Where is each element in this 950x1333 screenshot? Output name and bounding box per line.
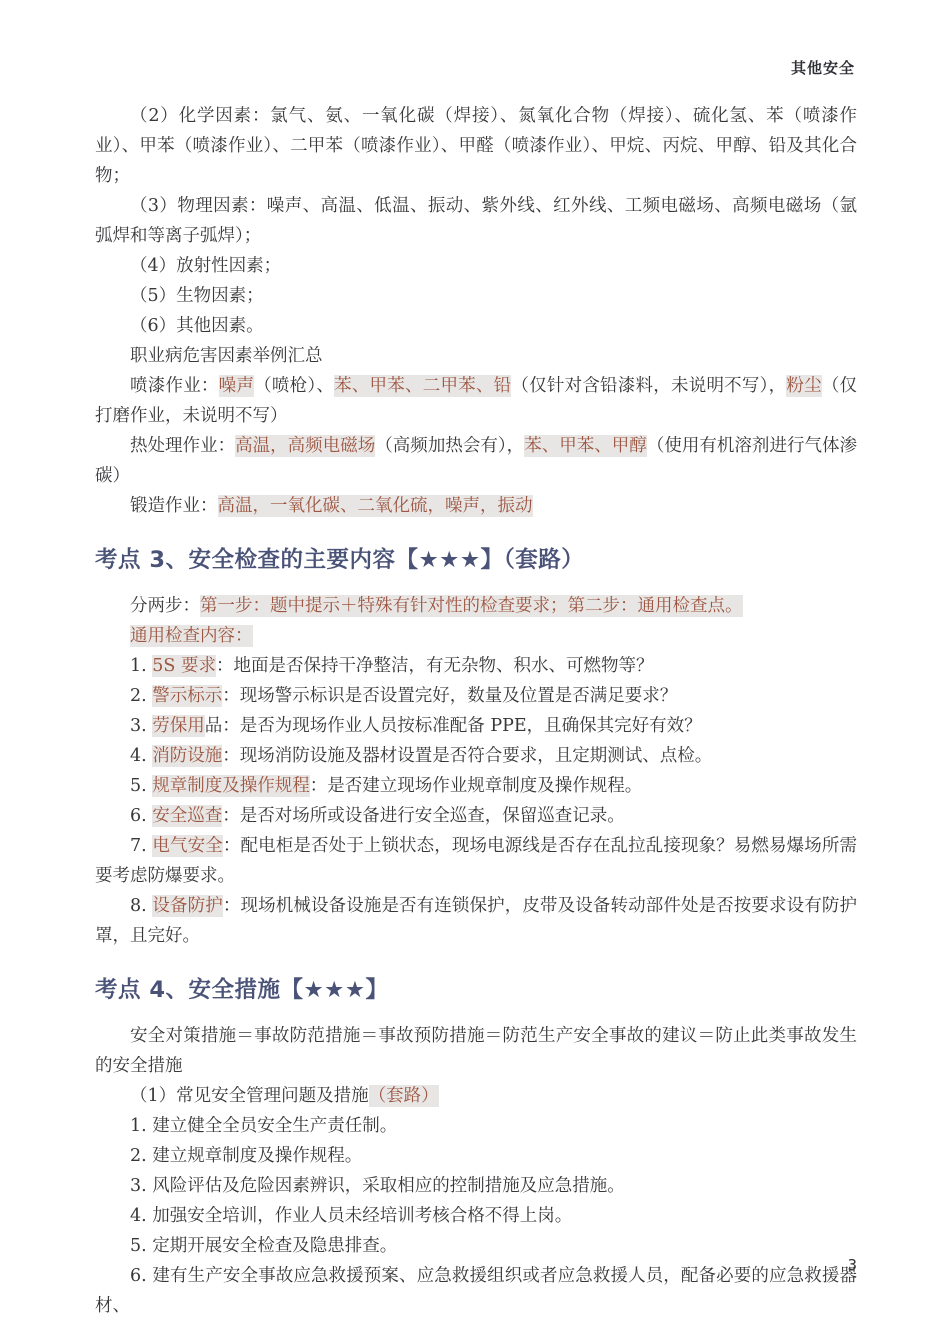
paragraph: 3. 劳保用品：是否为现场作业人员按标准配备 PPE，且确保其完好有效？ — [95, 711, 857, 741]
paragraph: 通用检查内容： — [95, 621, 857, 651]
text-segment: 5. 定期开展安全检查及隐患排查。 — [130, 1236, 397, 1256]
paragraph: 分两步：第一步：题中提示＋特殊有针对性的检查要求；第二步：通用检查点。 — [95, 591, 857, 621]
paragraph: 4. 消防设施：现场消防设施及器材设置是否符合要求，且定期测试、点检。 — [95, 741, 857, 771]
highlighted-text: 5S 要求 — [152, 655, 216, 677]
paragraph: 5. 规章制度及操作规程：是否建立现场作业规章制度及操作规程。 — [95, 771, 857, 801]
text-segment: 1. 建立健全全员安全生产责任制。 — [130, 1116, 397, 1136]
paragraph: 4. 加强安全培训，作业人员未经培训考核合格不得上岗。 — [95, 1201, 857, 1231]
paragraph: （2）化学因素：氯气、氨、一氧化碳（焊接）、氮氧化合物（焊接）、硫化氢、苯（喷漆… — [95, 101, 857, 191]
text-segment: ：地面是否保持干净整洁，有无杂物、积水、可燃物等？ — [216, 656, 654, 676]
highlighted-text: 消防设施 — [152, 745, 222, 767]
highlighted-text: 规章制度及操作规程 — [152, 775, 310, 797]
text-segment: ：现场消防设施及器材设置是否符合要求，且定期测试、点检。 — [222, 746, 712, 766]
page-header-label: 其他安全 — [791, 59, 855, 77]
text-segment: 职业病危害因素举例汇总 — [130, 346, 323, 366]
highlighted-text: 通用检查内容： — [130, 625, 253, 647]
text-segment: 2. 建立规章制度及操作规程。 — [130, 1146, 362, 1166]
topic-heading: 考点 3、安全检查的主要内容【★★★】（套路） — [95, 544, 857, 576]
highlighted-text: （套路） — [369, 1085, 439, 1107]
text-segment: 7. — [130, 836, 152, 856]
text-segment: （6）其他因素。 — [130, 316, 264, 336]
paragraph: 7. 电气安全：配电柜是否处于上锁状态，现场电源线是否存在乱拉乱接现象？易燃易爆… — [95, 831, 857, 891]
text-segment: 4. 加强安全培训，作业人员未经培训考核合格不得上岗。 — [130, 1206, 572, 1226]
paragraph: （5）生物因素； — [95, 281, 857, 311]
text-segment: 6. 建有生产安全事故应急救援预案、应急救援组织或者应急救援人员，配备必要的应急… — [95, 1266, 857, 1316]
highlighted-text: 设备防护 — [152, 895, 222, 917]
text-segment: 分两步： — [130, 596, 200, 616]
text-segment: 3. 风险评估及危险因素辨识，采取相应的控制措施及应急措施。 — [130, 1176, 625, 1196]
paragraph: 1. 5S 要求：地面是否保持干净整洁，有无杂物、积水、可燃物等？ — [95, 651, 857, 681]
text-segment: 安全对策措施＝事故防范措施＝事故预防措施＝防范生产安全事故的建议＝防止此类事故发… — [95, 1026, 857, 1076]
text-segment: 3. — [130, 716, 152, 736]
text-segment: 6. — [130, 806, 152, 826]
paragraph: 安全对策措施＝事故防范措施＝事故预防措施＝防范生产安全事故的建议＝防止此类事故发… — [95, 1021, 857, 1081]
highlighted-text: 警示标示 — [152, 685, 222, 707]
paragraph: 喷漆作业：噪声（喷枪）、苯、甲苯、二甲苯、铅（仅针对含铅漆料，未说明不写），粉尘… — [95, 371, 857, 431]
text-segment: （高频加热会有）， — [375, 436, 524, 456]
text-segment: 8. — [130, 896, 152, 916]
topic-heading: 考点 4、安全措施【★★★】 — [95, 974, 857, 1006]
highlighted-text: 电气安全 — [152, 835, 222, 857]
page-number: 3 — [847, 1256, 857, 1274]
paragraph: （1）常见安全管理问题及措施（套路） — [95, 1081, 857, 1111]
text-segment: （3）物理因素：噪声、高温、低温、振动、紫外线、红外线、工频电磁场、高频电磁场（… — [95, 196, 857, 246]
paragraph: （3）物理因素：噪声、高温、低温、振动、紫外线、红外线、工频电磁场、高频电磁场（… — [95, 191, 857, 251]
highlighted-text: 苯、甲苯、二甲苯、铅 — [334, 375, 511, 397]
document-page: { "page": { "header": "其他安全", "page_numb… — [0, 0, 950, 1333]
text-segment: （1）常见安全管理问题及措施 — [130, 1086, 369, 1106]
text-segment: 考点 4、安全措施【★★★】 — [95, 977, 389, 1003]
highlighted-text: 高温，高频电磁场 — [235, 435, 375, 457]
text-segment: 5. — [130, 776, 152, 796]
paragraph: 5. 定期开展安全检查及隐患排查。 — [95, 1231, 857, 1261]
highlighted-text: 劳保用 — [152, 715, 205, 737]
paragraph: 2. 建立规章制度及操作规程。 — [95, 1141, 857, 1171]
text-segment: ：现场警示标识是否设置完好，数量及位置是否满足要求？ — [222, 686, 677, 706]
paragraph: 职业病危害因素举例汇总 — [95, 341, 857, 371]
paragraph: 1. 建立健全全员安全生产责任制。 — [95, 1111, 857, 1141]
highlighted-text: 苯、甲苯、甲醇 — [524, 435, 647, 457]
text-segment: 4. — [130, 746, 152, 766]
paragraph: 热处理作业：高温，高频电磁场（高频加热会有），苯、甲苯、甲醇（使用有机溶剂进行气… — [95, 431, 857, 491]
text-segment: （4）放射性因素； — [130, 256, 281, 276]
text-segment: （2）化学因素：氯气、氨、一氧化碳（焊接）、氮氧化合物（焊接）、硫化氢、苯（喷漆… — [95, 106, 857, 186]
page-content: （2）化学因素：氯气、氨、一氧化碳（焊接）、氮氧化合物（焊接）、硫化氢、苯（喷漆… — [95, 101, 857, 1321]
text-segment: （仅针对含铅漆料，未说明不写）， — [511, 376, 786, 396]
highlighted-text: 高温，一氧化碳、二氧化硫，噪声，振动 — [218, 495, 533, 517]
highlighted-text: 安全巡查 — [152, 805, 222, 827]
text-segment: ：是否建立现场作业规章制度及操作规程。 — [310, 776, 643, 796]
paragraph: （4）放射性因素； — [95, 251, 857, 281]
highlighted-text: 粉尘 — [786, 375, 821, 397]
paragraph: 8. 设备防护：现场机械设备设施是否有连锁保护，皮带及设备转动部件处是否按要求设… — [95, 891, 857, 951]
paragraph: 6. 建有生产安全事故应急救援预案、应急救援组织或者应急救援人员，配备必要的应急… — [95, 1261, 857, 1321]
text-segment: 锻造作业： — [130, 496, 218, 516]
text-segment: 考点 3、安全检查的主要内容【★★★】（套路） — [95, 547, 584, 573]
text-segment: 2. — [130, 686, 152, 706]
text-segment: 品：是否为现场作业人员按标准配备 PPE，且确保其完好有效？ — [205, 716, 702, 736]
paragraph: 锻造作业：高温，一氧化碳、二氧化硫，噪声，振动 — [95, 491, 857, 521]
paragraph: 6. 安全巡查：是否对场所或设备进行安全巡查，保留巡查记录。 — [95, 801, 857, 831]
paragraph: 2. 警示标示：现场警示标识是否设置完好，数量及位置是否满足要求？ — [95, 681, 857, 711]
text-segment: 1. — [130, 656, 152, 676]
paragraph: （6）其他因素。 — [95, 311, 857, 341]
highlighted-text: 噪声 — [219, 375, 254, 397]
text-segment: 热处理作业： — [130, 436, 235, 456]
paragraph: 3. 风险评估及危险因素辨识，采取相应的控制措施及应急措施。 — [95, 1171, 857, 1201]
text-segment: 喷漆作业： — [130, 376, 219, 396]
page-header: 其他安全 — [791, 57, 855, 78]
highlighted-text: 第一步：题中提示＋特殊有针对性的检查要求；第二步：通用检查点。 — [200, 595, 743, 617]
text-segment: （5）生物因素； — [130, 286, 264, 306]
text-segment: ：是否对场所或设备进行安全巡查，保留巡查记录。 — [222, 806, 625, 826]
text-segment: （喷枪）、 — [254, 376, 334, 396]
